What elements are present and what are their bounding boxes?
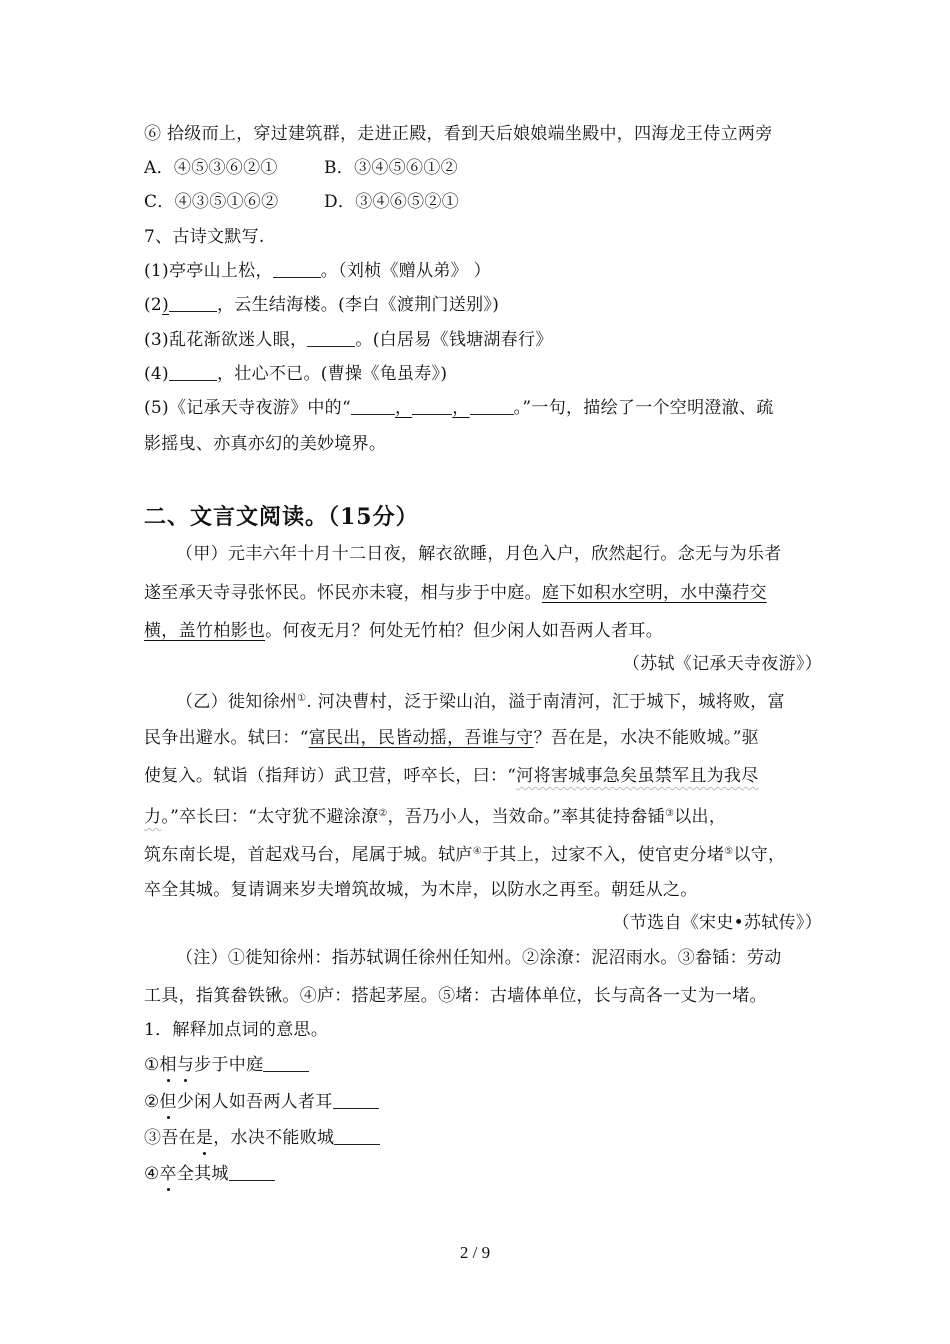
answer-blank[interactable] xyxy=(307,330,355,347)
passage-yi-line-6: 卒全其城。复请调来岁夫增筑故城，为木岸，以防水之再至。朝廷从之。 xyxy=(144,879,698,901)
underlined-sentence: 富民出，民皆动摇，吾谁与守 xyxy=(309,728,534,748)
option-d[interactable]: D．③④⑥⑤②① xyxy=(324,191,459,213)
answer-blank[interactable] xyxy=(351,398,395,415)
answer-blank[interactable] xyxy=(263,1055,309,1072)
answer-blank[interactable] xyxy=(470,398,514,415)
q7-title: 7、古诗文默写. xyxy=(144,226,265,248)
passage-yi-source: （节选自《宋史•苏轼传》） xyxy=(613,912,822,934)
notes-line-1: （注）①徙知徐州：指苏轼调任徐州任知州。②涂潦：泥沼雨水。③畚锸：劳动 xyxy=(176,947,782,969)
answer-blank[interactable] xyxy=(169,295,217,312)
q6-options-row-1: A．④⑤③⑥②①B．③④⑤⑥①② xyxy=(144,157,458,179)
passage-yi-line-1: （乙）徙知徐州①. 河决曹村，泛于梁山泊，溢于南清河，汇于城下，城将败，富 xyxy=(176,688,785,713)
answer-blank[interactable] xyxy=(412,398,452,415)
passage-jia-source: （苏轼《记承天寺夜游》） xyxy=(623,653,822,675)
page-number: 2 / 9 xyxy=(0,1243,950,1263)
underlined-sentence: 庭下如积水空明，水中藻荇交 xyxy=(542,583,767,603)
q7-item-4: (4)，壮心不已。(曹操《龟虽寿》) xyxy=(144,363,447,385)
q7-item-2: (2)，云生结海楼。(李白《渡荆门送别》) xyxy=(144,294,499,316)
q1-title: 1．解释加点词的意思。 xyxy=(144,1019,328,1041)
document-page: ⑥ 拾级而上，穿过建筑群，走进正殿，看到天后娘娘端坐殿中，四海龙王侍立两旁 A．… xyxy=(0,0,950,1344)
answer-blank[interactable] xyxy=(229,1164,275,1181)
answer-blank[interactable] xyxy=(333,1092,379,1109)
option-b[interactable]: B．③④⑤⑥①② xyxy=(324,157,458,179)
q1-item-1: ①相与步于中庭 xyxy=(144,1054,309,1076)
passage-yi-line-5: 筑东南长堤，首起戏马台，尾属于城。轼庐④于其上，过家不入，使官吏分堵⑤以守， xyxy=(144,841,785,866)
answer-blank[interactable] xyxy=(169,364,217,381)
option-a[interactable]: A．④⑤③⑥②① xyxy=(144,157,324,179)
q6-options-row-2: C．④③⑤①⑥②D．③④⑥⑤②① xyxy=(144,191,459,213)
passage-jia-line-1: （甲）元丰六年十月十二日夜，解衣欲睡，月色入户，欣然起行。念无与为乐者 xyxy=(176,543,782,565)
notes-line-2: 工具，指箕畚铁锹。④庐：搭起茅屋。⑤堵：古墙体单位，长与高各一丈为一堵。 xyxy=(144,985,767,1007)
q7-item-5: (5)《记承天寺夜游》中的“，，。”一句，描绘了一个空明澄澈、疏 xyxy=(144,397,774,419)
q7-item-1: (1)亭亭山上松，。（刘桢《赠从弟》 ） xyxy=(144,260,491,282)
q7-item-3: (3)乱花渐欲迷人眼，。(白居易《钱塘湖春行》 xyxy=(144,329,553,351)
passage-yi-line-2: 民争出避水。轼曰：“富民出，民皆动摇，吾谁与守？吾在是，水决不能败城。”驱 xyxy=(144,727,759,749)
answer-blank[interactable] xyxy=(273,261,321,278)
q1-item-2: ②但少闲人如吾两人者耳 xyxy=(144,1091,379,1113)
passage-yi-line-4: 力。”卒长曰：“太守犹不避涂潦②，吾乃小人，当效命。”率其徒持畚锸③以出， xyxy=(144,803,726,828)
answer-blank[interactable] xyxy=(334,1128,380,1145)
passage-jia-line-2: 遂至承天寺寻张怀民。怀民亦未寝，相与步于中庭。庭下如积水空明，水中藻荇交 xyxy=(144,582,767,604)
underlined-sentence: 横，盖竹柏影也 xyxy=(144,621,265,641)
section-heading: 二、文言文阅读。（15分） xyxy=(144,503,419,531)
q1-item-4: ④卒全其城 xyxy=(144,1163,275,1185)
passage-jia-line-3: 横，盖竹柏影也。何夜无月？何处无竹柏？但少闲人如吾两人者耳。 xyxy=(144,620,663,642)
q6-item-6: ⑥ 拾级而上，穿过建筑群，走进正殿，看到天后娘娘端坐殿中，四海龙王侍立两旁 xyxy=(144,123,773,145)
q7-item-5-cont: 影摇曳、亦真亦幻的美妙境界。 xyxy=(144,433,386,455)
passage-yi-line-3: 使复入。轼诣（指拜访）武卫营，呼卒长，曰：“河将害城事急矣虽禁军且为我尽 xyxy=(144,765,759,787)
option-c[interactable]: C．④③⑤①⑥② xyxy=(144,191,324,213)
q1-item-3: ③吾在是，水决不能败城 xyxy=(144,1127,380,1149)
